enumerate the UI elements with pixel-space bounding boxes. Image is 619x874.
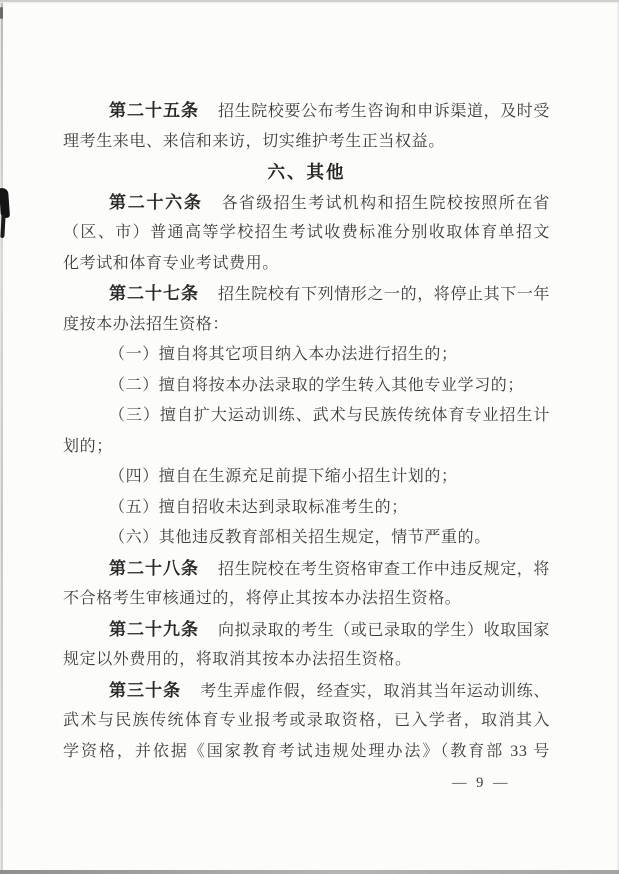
list-item-6: （六）其他违反教育部相关招生规定，情节严重的。 xyxy=(63,523,550,554)
article-26-text-1: 各省级招生考试机构和招生院校按照所在省 xyxy=(222,195,550,212)
page-number: — 9 — xyxy=(452,773,511,793)
list-item-4: （四）擅自在生源充足前提下缩小招生计划的； xyxy=(63,462,550,493)
scan-fold-line xyxy=(1,3,3,870)
article-27-line-1: 第二十七条招生院校有下列情形之一的，将停止其下一年 xyxy=(63,279,550,310)
scan-edge-top xyxy=(0,0,619,2)
article-25-line-2: 理考生来电、来信和来访，切实维护考生正当权益。 xyxy=(63,127,550,158)
article-28-line-2: 不合格考生审核通过的，将停止其按本办法招生资格。 xyxy=(63,584,550,615)
article-29-number: 第二十九条 xyxy=(109,620,199,639)
article-30-line-1: 第三十条考生弄虚作假，经查实，取消其当年运动训练、 xyxy=(63,676,550,707)
ink-blob-tail xyxy=(0,214,5,238)
article-29-text-1: 向拟录取的考生（或已录取的学生）收取国家 xyxy=(218,622,550,639)
list-item-3-line-2: 划的； xyxy=(63,432,550,463)
list-item-1: （一）擅自将其它项目纳入本办法进行招生的； xyxy=(63,340,550,371)
article-27-number: 第二十七条 xyxy=(109,284,199,303)
article-30-line-3: 学资格，并依据《国家教育考试违规处理办法》（教育部 33 号 xyxy=(63,737,550,768)
article-28-line-1: 第二十八条招生院校在考生资格审查工作中违反规定，将 xyxy=(63,554,550,585)
article-29-line-2: 规定以外费用的，将取消其按本办法招生资格。 xyxy=(63,645,550,676)
scan-mark-top-left xyxy=(0,7,3,19)
article-26-line-2: （区、市）普通高等学校招生考试收费标准分别收取体育单招文 xyxy=(63,218,550,249)
list-item-3-line-1: （三）擅自扩大运动训练、武术与民族传统体育专业招生计 xyxy=(63,401,550,432)
article-27-line-2: 度按本办法招生资格： xyxy=(63,310,550,341)
article-26-number: 第二十六条 xyxy=(109,193,203,212)
article-30-line-2: 武术与民族传统体育专业报考或录取资格，已入学者，取消其入 xyxy=(63,706,550,737)
article-26-line-3: 化考试和体育专业考试费用。 xyxy=(63,249,550,280)
article-26-line-1: 第二十六条各省级招生考试机构和招生院校按照所在省 xyxy=(63,188,550,219)
article-27-text-1: 招生院校有下列情形之一的，将停止其下一年 xyxy=(218,286,550,303)
list-item-2: （二）擅自将按本办法录取的学生转入其他专业学习的； xyxy=(63,371,550,402)
article-28-text-1: 招生院校在考生资格审查工作中违反规定，将 xyxy=(218,561,550,578)
scan-edge-bottom xyxy=(0,870,619,874)
article-25-number: 第二十五条 xyxy=(109,101,199,120)
document-page: 第二十五条招生院校要公布考生咨询和申诉渠道，及时受 理考生来电、来信和来访，切实… xyxy=(0,0,619,874)
article-28-number: 第二十八条 xyxy=(109,559,199,578)
section-heading: 六、其他 xyxy=(63,157,550,188)
article-30-number: 第三十条 xyxy=(109,681,181,700)
article-25-text-1: 招生院校要公布考生咨询和申诉渠道，及时受 xyxy=(218,103,550,120)
document-content: 第二十五条招生院校要公布考生咨询和申诉渠道，及时受 理考生来电、来信和来访，切实… xyxy=(63,96,550,767)
list-item-5: （五）擅自招收未达到录取标准考生的； xyxy=(63,493,550,524)
article-29-line-1: 第二十九条向拟录取的考生（或已录取的学生）收取国家 xyxy=(63,615,550,646)
article-25-line-1: 第二十五条招生院校要公布考生咨询和申诉渠道，及时受 xyxy=(63,96,550,127)
article-30-text-1: 考生弄虚作假，经查实，取消其当年运动训练、 xyxy=(200,683,550,700)
